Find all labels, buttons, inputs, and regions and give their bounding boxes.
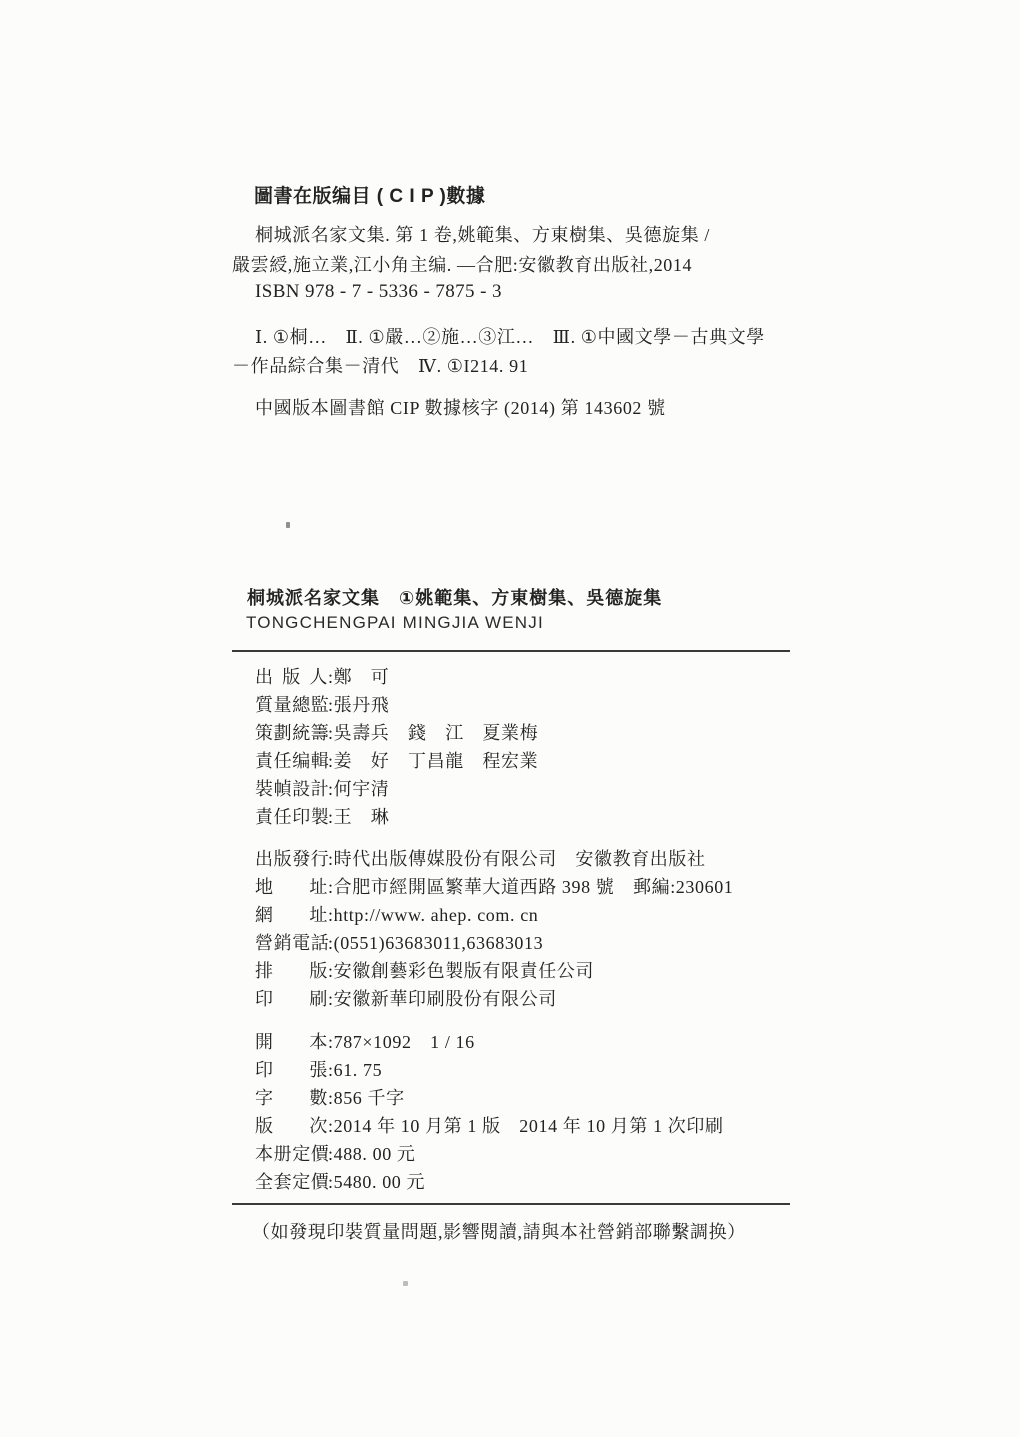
scan-speck: [403, 1281, 408, 1286]
cip-register-number: 中國版本圖書館 CIP 數據核字 (2014) 第 143602 號: [255, 394, 666, 420]
row-label: 責任编輯: [255, 747, 328, 775]
row-value: 時代出版傳媒股份有限公司 安徽教育出版社: [334, 845, 706, 873]
row-value: 2014 年 10 月第 1 版 2014 年 10 月第 1 次印刷: [334, 1112, 724, 1140]
row-label: 出版發行: [255, 845, 328, 873]
staff-row-print-supervisor: 責任印製:王 琳: [255, 803, 538, 831]
row-label: 排版: [255, 957, 328, 985]
publishing-info-block: 出版發行:時代出版傳媒股份有限公司 安徽教育出版社 地址:合肥市經開區繁華大道西…: [255, 845, 733, 1013]
row-label: 網址: [255, 901, 328, 929]
row-label: 本册定價: [255, 1140, 328, 1168]
row-value: 856 千字: [334, 1084, 405, 1112]
publishing-row-typesetting: 排版:安徽創藝彩色製版有限責任公司: [255, 957, 733, 985]
specs-row-word-count: 字數:856 千字: [255, 1084, 724, 1112]
row-label: 字數: [255, 1084, 328, 1112]
row-label: 印刷: [255, 985, 328, 1013]
row-label: 質量總監: [255, 691, 328, 719]
row-value: 張丹飛: [334, 691, 390, 719]
row-value: 安徽創藝彩色製版有限責任公司: [334, 957, 594, 985]
staff-row-editors: 責任编輯:姜 好 丁昌龍 程宏業: [255, 747, 538, 775]
specs-row-sheets: 印張:61. 75: [255, 1056, 724, 1084]
cip-record-line2: 嚴雲綬,施立業,江小角主编. —合肥:安徽教育出版社,2014: [232, 251, 692, 277]
isbn-number: ISBN 978 - 7 - 5336 - 7875 - 3: [255, 281, 502, 303]
specs-row-edition: 版次:2014 年 10 月第 1 版 2014 年 10 月第 1 次印刷: [255, 1112, 724, 1140]
staff-credits-block: 出版人:鄭 可 質量總監:張丹飛 策劃統籌:吳壽兵 錢 江 夏業梅 責任编輯:姜…: [255, 663, 538, 831]
row-label: 開本: [255, 1028, 328, 1056]
publishing-row-printing-house: 印刷:安徽新華印刷股份有限公司: [255, 985, 733, 1013]
divider-rule-bottom: [232, 1203, 790, 1205]
cip-classification-line2: －作品綜合集－清代 Ⅳ. ①I214. 91: [232, 352, 528, 378]
cip-classification-line1: Ⅰ. ①桐… Ⅱ. ①嚴…②施…③江… Ⅲ. ①中國文學－古典文學: [255, 323, 765, 349]
staff-row-quality-director: 質量總監:張丹飛: [255, 691, 538, 719]
row-value: 姜 好 丁昌龍 程宏業: [334, 747, 539, 775]
row-value website-url: http://www. ahep. com. cn: [334, 901, 539, 929]
row-label: 裝幀設計: [255, 775, 328, 803]
publishing-row-website: 網址:http://www. ahep. com. cn: [255, 901, 733, 929]
specs-row-format: 開本:787×1092 1 / 16: [255, 1028, 724, 1056]
row-value: 787×1092 1 / 16: [334, 1028, 475, 1056]
quality-exchange-note: （如發現印裝質量問題,影響閱讀,請與本社營銷部聯繫調换）: [252, 1218, 746, 1244]
staff-row-publisher: 出版人:鄭 可: [255, 663, 538, 691]
row-label: 出版人: [255, 663, 328, 691]
row-label: 責任印製: [255, 803, 328, 831]
printing-specs-block: 開本:787×1092 1 / 16 印張:61. 75 字數:856 千字 版…: [255, 1028, 724, 1196]
specs-row-set-price: 全套定價:5480. 00 元: [255, 1168, 724, 1196]
row-label: 全套定價: [255, 1168, 328, 1196]
row-value: 王 琳: [334, 803, 390, 831]
series-title-pinyin: TONGCHENGPAI MINGJIA WENJI: [246, 613, 544, 633]
row-label: 地址: [255, 873, 328, 901]
row-value: (0551)63683011,63683013: [334, 929, 544, 957]
row-label: 策劃統籌: [255, 719, 328, 747]
row-value: 鄭 可: [334, 663, 390, 691]
specs-row-volume-price: 本册定價:488. 00 元: [255, 1140, 724, 1168]
cip-record-line1: 桐城派名家文集. 第 1 卷,姚範集、方東樹集、吳德旋集 /: [255, 221, 710, 247]
staff-row-design: 裝幀設計:何宇清: [255, 775, 538, 803]
publishing-row-address: 地址:合肥市經開區繁華大道西路 398 號 郵編:230601: [255, 873, 733, 901]
row-value: 何宇清: [334, 775, 390, 803]
row-label: 印張: [255, 1056, 328, 1084]
publishing-row-sales-phone: 營銷電話:(0551)63683011,63683013: [255, 929, 733, 957]
row-value: 5480. 00 元: [334, 1168, 426, 1196]
row-label: 版次: [255, 1112, 328, 1140]
scan-speck: [286, 522, 290, 528]
row-value: 61. 75: [334, 1056, 383, 1084]
row-value: 488. 00 元: [334, 1140, 416, 1168]
row-label: 營銷電話: [255, 929, 328, 957]
row-value: 合肥市經開區繁華大道西路 398 號 郵編:230601: [334, 873, 734, 901]
divider-rule-top: [232, 650, 790, 652]
row-value: 安徽新華印刷股份有限公司: [334, 985, 557, 1013]
book-copyright-page: 圖書在版编目 ( C I P )數據 桐城派名家文集. 第 1 卷,姚範集、方東…: [0, 0, 1020, 1437]
cip-header: 圖書在版编目 ( C I P )數據: [254, 181, 485, 208]
staff-row-planning: 策劃統籌:吳壽兵 錢 江 夏業梅: [255, 719, 538, 747]
publishing-row-publisher: 出版發行:時代出版傳媒股份有限公司 安徽教育出版社: [255, 845, 733, 873]
row-value: 吳壽兵 錢 江 夏業梅: [334, 719, 539, 747]
series-title: 桐城派名家文集 ①姚範集、方東樹集、吳德旋集: [247, 584, 662, 610]
